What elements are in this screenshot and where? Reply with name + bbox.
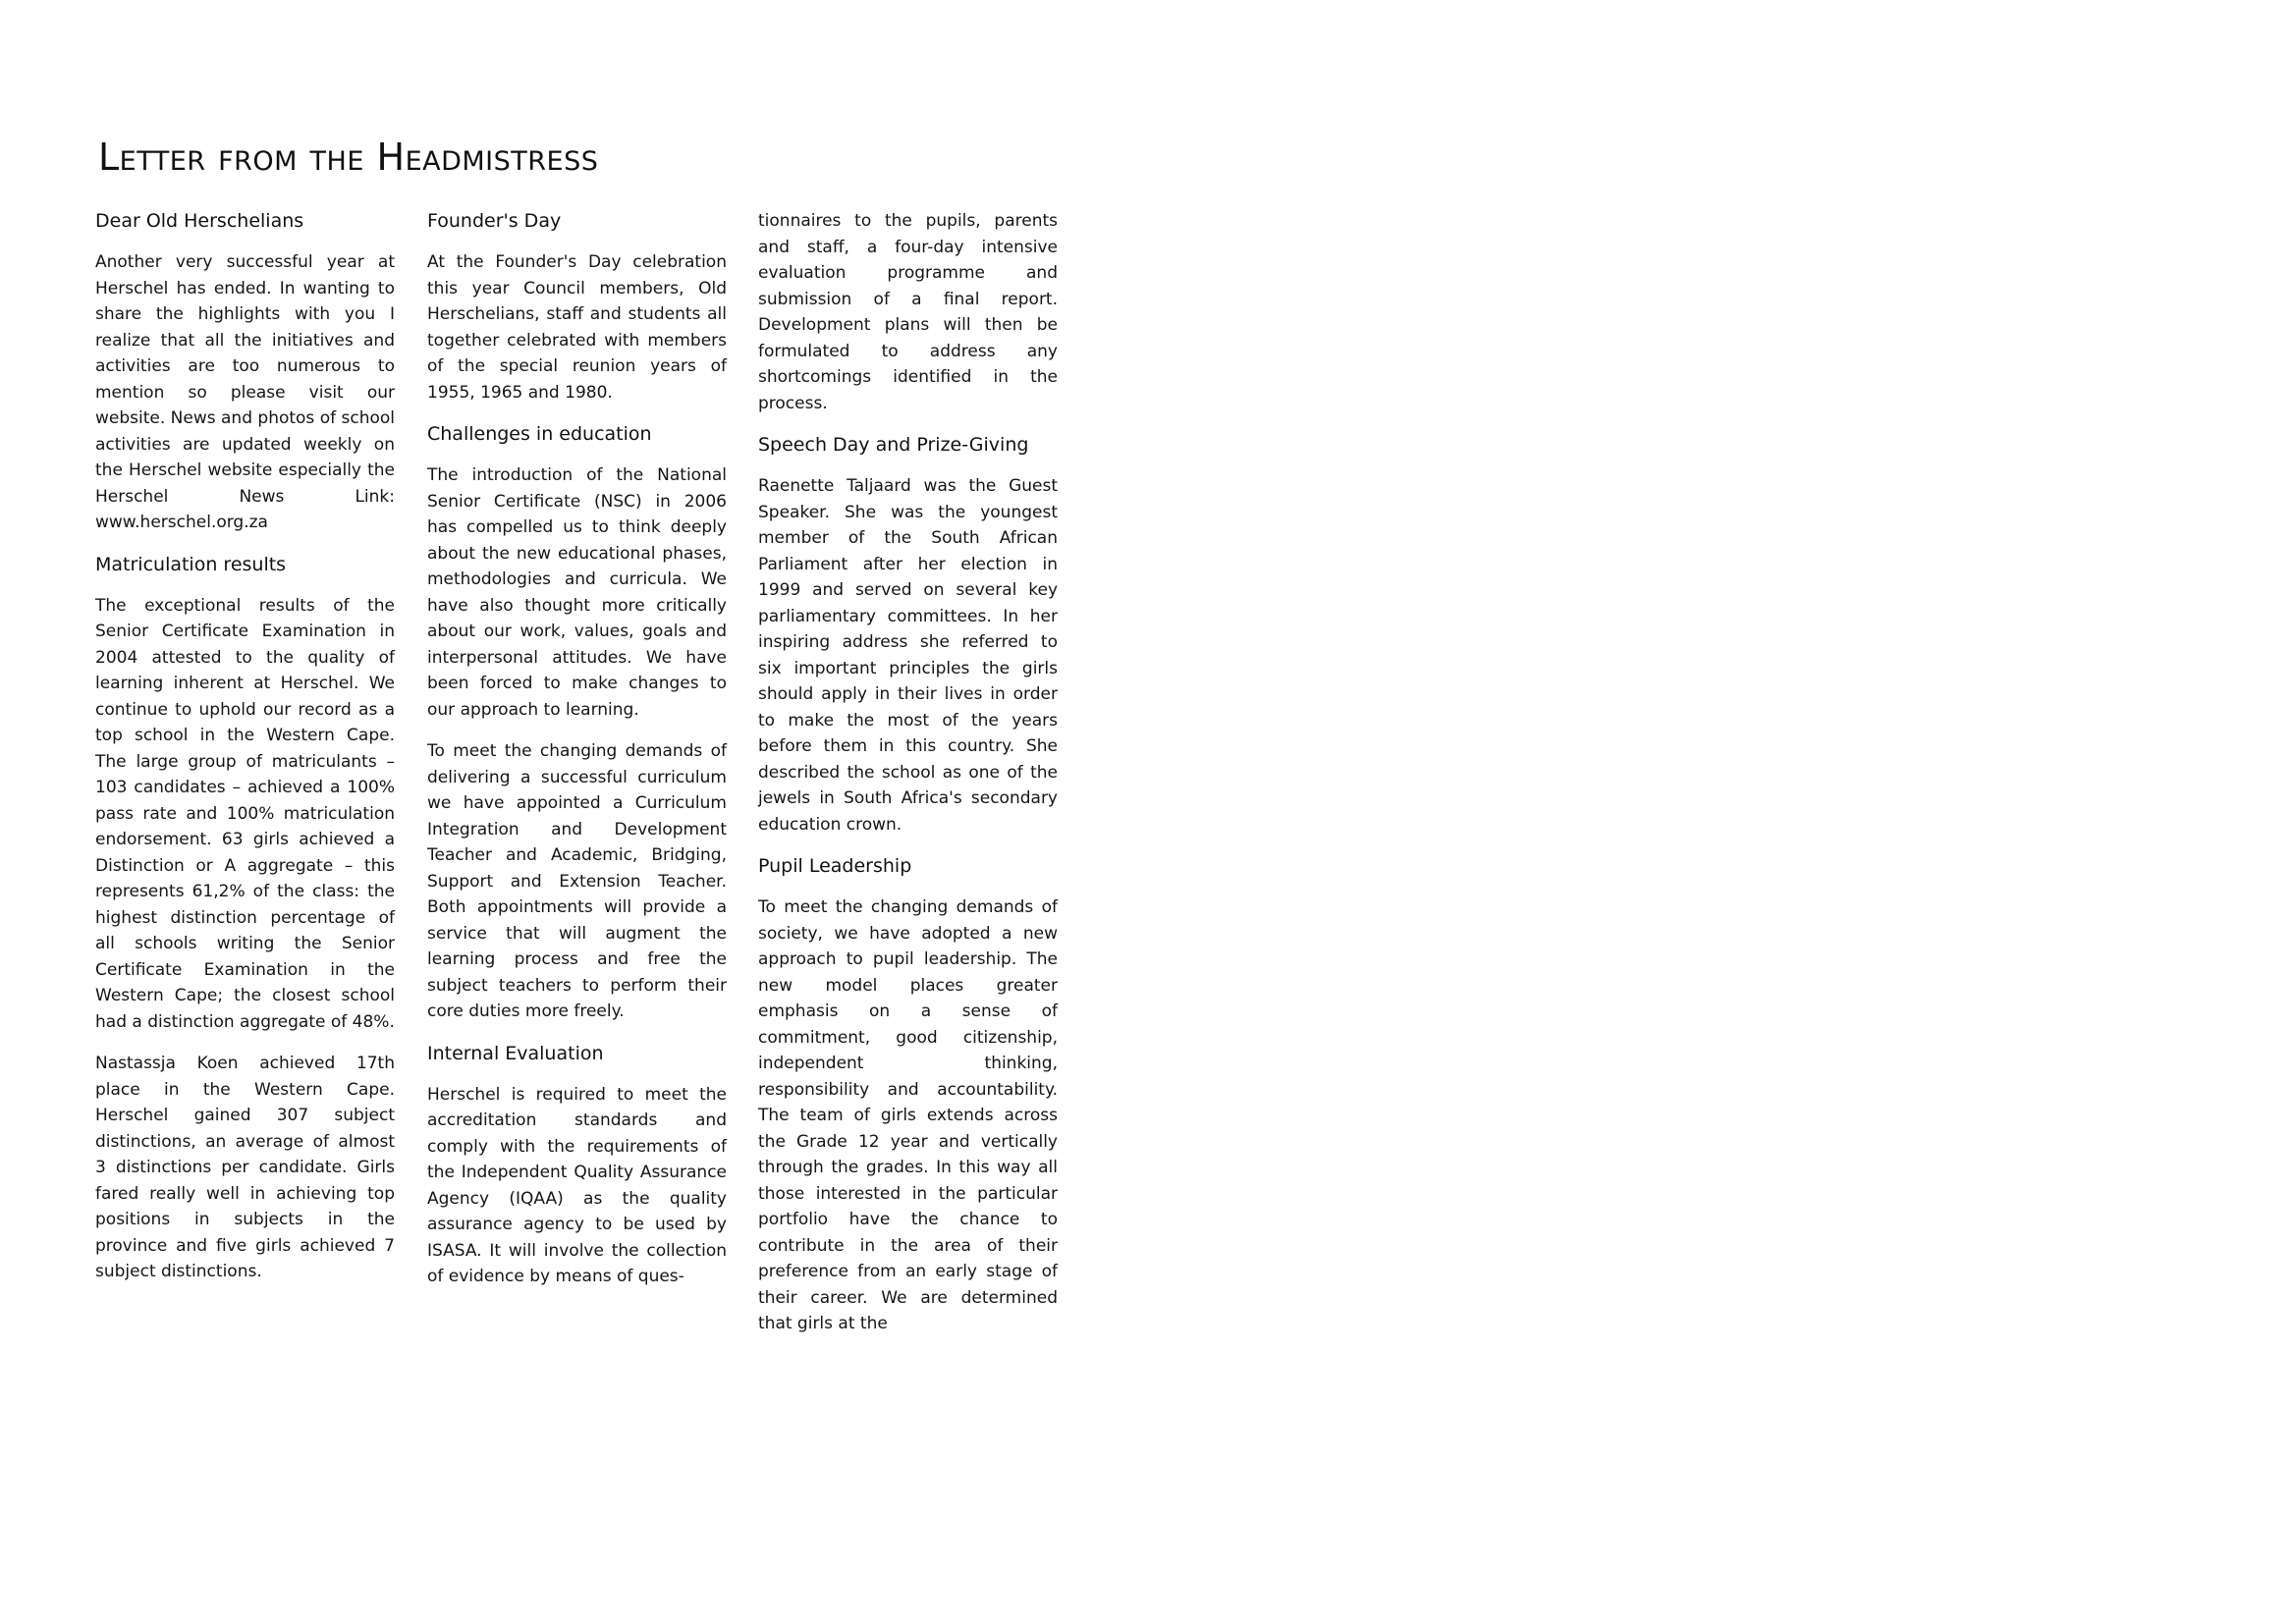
section-heading-pupil-leadership: Pupil Leadership bbox=[758, 853, 1058, 879]
paragraph-curriculum-appointments: To meet the changing demands of deliveri… bbox=[427, 738, 727, 1025]
section-heading-dear-old-herschelians: Dear Old Herschelians bbox=[95, 208, 395, 234]
paragraph-founders-day: At the Founder's Day celebration this ye… bbox=[427, 249, 727, 406]
section-heading-challenges-in-education: Challenges in education bbox=[427, 421, 727, 447]
section-heading-internal-evaluation: Internal Evaluation bbox=[427, 1041, 727, 1066]
paragraph-pupil-leadership: To meet the changing demands of society,… bbox=[758, 894, 1058, 1337]
section-heading-matriculation-results: Matriculation results bbox=[95, 552, 395, 577]
section-heading-founders-day: Founder's Day bbox=[427, 208, 727, 234]
paragraph-matric-achievements: Nastassja Koen achieved 17th place in th… bbox=[95, 1051, 395, 1285]
page-title: Letter from the Headmistress bbox=[98, 135, 598, 179]
column-3: tionnaires to the pupils, parents and st… bbox=[758, 208, 1058, 1353]
paragraph-internal-evaluation: Herschel is required to meet the accredi… bbox=[427, 1082, 727, 1290]
paragraph-intro: Another very successful year at Herschel… bbox=[95, 249, 395, 536]
paragraph-nsc-introduction: The introduction of the National Senior … bbox=[427, 462, 727, 723]
paragraph-internal-evaluation-continued: tionnaires to the pupils, parents and st… bbox=[758, 208, 1058, 416]
column-2: Founder's Day At the Founder's Day celeb… bbox=[427, 208, 727, 1306]
section-heading-speech-day: Speech Day and Prize-Giving bbox=[758, 432, 1058, 458]
paragraph-matric-results: The exceptional results of the Senior Ce… bbox=[95, 593, 395, 1036]
paragraph-speech-day: Raenette Taljaard was the Guest Speaker.… bbox=[758, 473, 1058, 838]
column-1: Dear Old Herschelians Another very succe… bbox=[95, 208, 395, 1301]
